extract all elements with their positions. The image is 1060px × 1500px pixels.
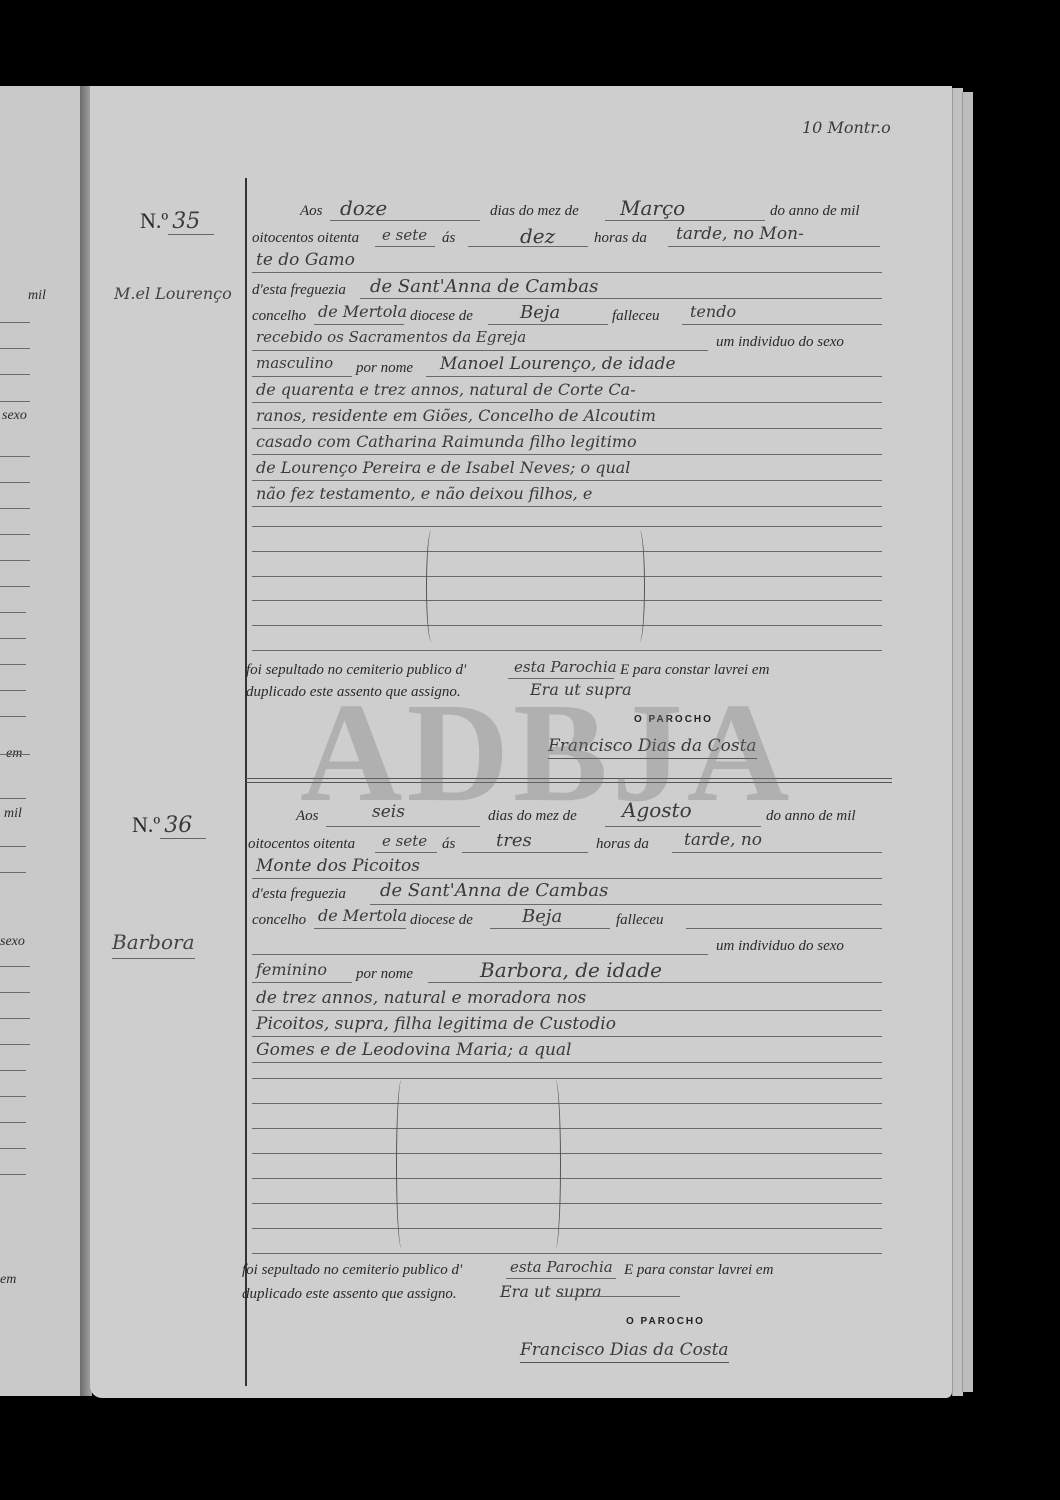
era-ut-supra: Era ut supra: [530, 680, 632, 699]
body-line: de quarenta e trez annos, natural de Cor…: [256, 380, 636, 399]
printed-label: ás: [442, 230, 455, 247]
printed-label: d'esta freguezia: [252, 886, 346, 903]
printed-label: horas da: [596, 836, 649, 853]
page-edge: [962, 92, 973, 1392]
deceased-name: Manoel Lourenço, de idade: [440, 354, 676, 374]
printed-label: Aos: [296, 808, 319, 825]
note-value: recebido os Sacramentos da Egreja: [256, 328, 526, 346]
left-page-fragment: sexo: [2, 408, 27, 424]
place-value: te do Gamo: [256, 250, 355, 270]
body-line: de Lourenço Pereira e de Isabel Neves; o…: [256, 458, 630, 477]
entry-number: N.º36: [132, 812, 206, 838]
diocese-value: Beja: [520, 302, 560, 323]
blank-bracket: [634, 530, 645, 642]
printed-label: concelho: [252, 308, 306, 325]
printed-label: E para constar lavrei em: [624, 1262, 773, 1279]
body-line: Gomes e de Leodovina Maria; a qual: [256, 1040, 571, 1060]
deceased-name: Barbora, de idade: [480, 958, 662, 982]
printed-label: concelho: [252, 912, 306, 929]
printed-label: ás: [442, 836, 455, 853]
entry-divider: [246, 782, 892, 783]
folio-number: 10 Montr.o: [802, 118, 891, 137]
parocho-label: O PAROCHO: [626, 1316, 705, 1327]
blank-bracket: [396, 1080, 407, 1248]
sex-value: masculino: [256, 354, 333, 372]
left-page-fragment: em: [0, 1272, 16, 1288]
hour-value: dez: [520, 224, 555, 248]
left-page-fragment: sexo: [0, 934, 25, 950]
printed-label: por nome: [356, 360, 413, 377]
burial-place-value: esta Parochia: [514, 658, 617, 676]
entry-number: N.º35: [140, 208, 214, 234]
diocese-value: Beja: [522, 906, 562, 927]
place-value: Monte dos Picoitos: [256, 856, 420, 876]
printed-label: falleceu: [616, 912, 663, 929]
printed-label: diocese de: [410, 308, 473, 325]
month-value: Março: [620, 196, 685, 220]
printed-label: Aos: [300, 203, 323, 220]
concelho-value: de Mertola: [318, 302, 407, 321]
left-page-fragment: mil: [28, 288, 46, 304]
margin-name: Barbora: [112, 930, 195, 959]
body-line: de trez annos, natural e moradora nos: [256, 988, 586, 1008]
printed-label: d'esta freguezia: [252, 282, 346, 299]
blank-bracket: [550, 1080, 561, 1248]
printed-label: diocese de: [410, 912, 473, 929]
note-value: tendo: [690, 302, 736, 321]
period-value: tarde, no Mon-: [676, 224, 804, 244]
printed-label: duplicado este assento que assigno.: [242, 1286, 457, 1303]
parish-value: de Sant'Anna de Cambas: [370, 276, 598, 297]
printed-label: por nome: [356, 966, 413, 983]
margin-name: M.el Lourenço: [114, 283, 242, 305]
left-page: mil sexo em mil sexo em: [0, 86, 82, 1396]
printed-label: oitocentos oitenta: [252, 230, 359, 247]
burial-place-value: esta Parochia: [510, 1258, 613, 1276]
printed-label: foi sepultado no cemiterio publico d': [242, 1262, 462, 1279]
month-value: Agosto: [622, 798, 692, 822]
parish-priest-signature: Francisco Dias da Costa: [548, 736, 757, 759]
parish-priest-signature: Francisco Dias da Costa: [520, 1340, 729, 1363]
body-line: ranos, residente em Giões, Concelho de A…: [256, 406, 656, 425]
printed-label: oitocentos oitenta: [248, 836, 355, 853]
parish-value: de Sant'Anna de Cambas: [380, 880, 608, 901]
parocho-label: O PAROCHO: [634, 714, 713, 725]
day-value: seis: [372, 802, 405, 822]
body-line: casado com Catharina Raimunda filho legi…: [256, 432, 637, 451]
period-value: tarde, no: [684, 830, 762, 850]
era-ut-supra: Era ut supra: [500, 1282, 602, 1301]
left-page-fragment: mil: [4, 806, 22, 822]
printed-label: horas da: [594, 230, 647, 247]
printed-label: um individuo do sexo: [716, 938, 844, 955]
printed-label: do anno de mil: [766, 808, 856, 825]
printed-label: do anno de mil: [770, 203, 860, 220]
blank-bracket: [426, 530, 437, 642]
printed-label: um individuo do sexo: [716, 334, 844, 351]
entry-divider: [246, 778, 892, 779]
concelho-value: de Mertola: [318, 906, 407, 925]
day-value: doze: [340, 196, 387, 220]
year-value: e sete: [382, 226, 427, 244]
printed-label: falleceu: [612, 308, 659, 325]
hour-value: tres: [496, 830, 532, 851]
printed-label: duplicado este assento que assigno.: [246, 684, 461, 701]
year-value: e sete: [382, 832, 427, 850]
printed-label: foi sepultado no cemiterio publico d': [246, 662, 466, 679]
printed-label: dias do mez de: [490, 203, 579, 220]
body-line: Picoitos, supra, filha legitima de Custo…: [256, 1014, 616, 1034]
printed-label: E para constar lavrei em: [620, 662, 769, 679]
sex-value: feminino: [256, 960, 327, 979]
body-line: não fez testamento, e não deixou filhos,…: [256, 484, 592, 503]
printed-label: dias do mez de: [488, 808, 577, 825]
